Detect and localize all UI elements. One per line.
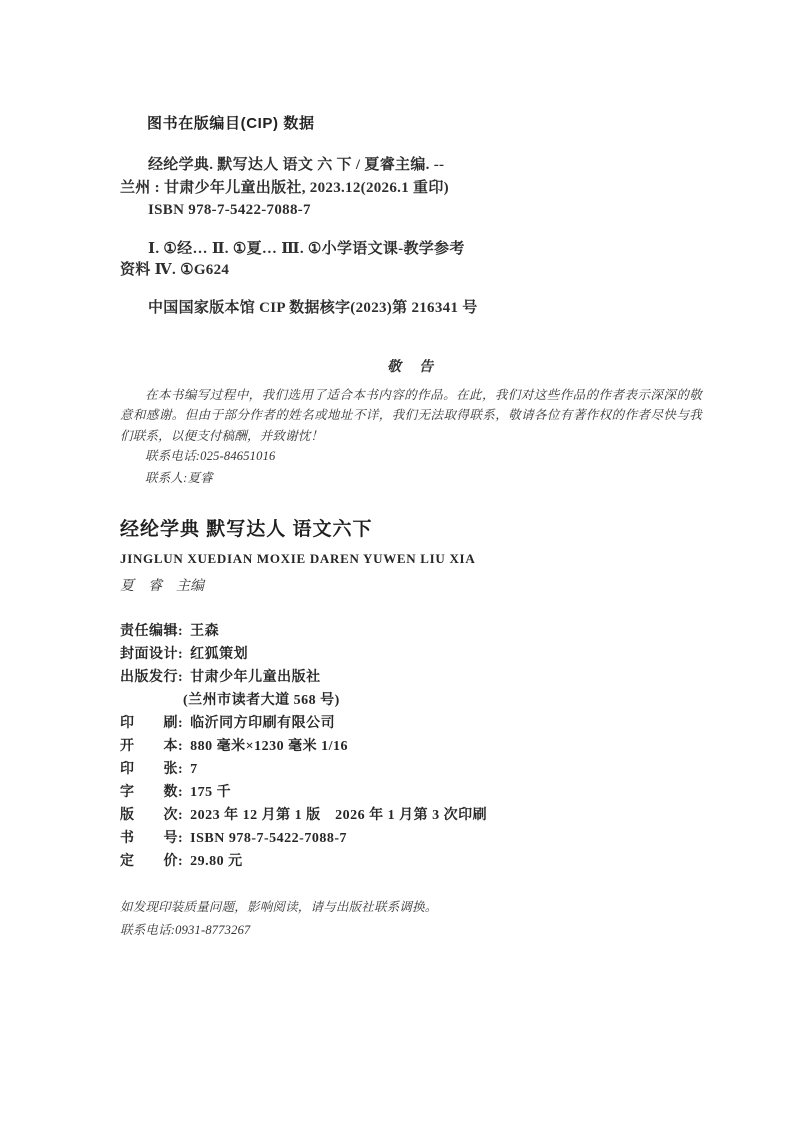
notice-section: 敬 告 在本书编写过程中，我们选用了适合本书内容的作品。在此，我们对这些作品的作…	[120, 356, 702, 489]
book-title-block: 经纶学典 默写达人 语文六下 JINGLUN XUEDIAN MOXIE DAR…	[120, 514, 475, 595]
colophon-label: 印 刷:	[120, 716, 183, 731]
cip-classification-line-2: 资料 Ⅳ. ①G624	[120, 260, 600, 281]
colophon-value: 红狐策划	[190, 647, 248, 662]
colophon-row-publisher: 出版发行:甘肃少年儿童出版社	[120, 666, 680, 689]
colophon-label: 责任编辑:	[120, 624, 183, 639]
cip-record-line-1: 经纶学典. 默写达人 语文 六 下 / 夏睿主编. --	[120, 154, 600, 177]
colophon-value: 王森	[190, 624, 219, 639]
colophon-row-word-count: 字 数:175 千	[120, 781, 680, 804]
cip-record-line-3: ISBN 978-7-5422-7088-7	[120, 199, 600, 222]
book-title: 经纶学典 默写达人 语文六下	[120, 514, 475, 541]
colophon-row-printer: 印 刷:临沂同方印刷有限公司	[120, 712, 680, 735]
colophon-label: 印 张:	[120, 762, 183, 777]
colophon: 责任编辑:王森 封面设计:红狐策划 出版发行:甘肃少年儿童出版社 (兰州市读者大…	[120, 620, 680, 873]
colophon-label: 开 本:	[120, 739, 183, 754]
colophon-value: 7	[190, 762, 198, 777]
colophon-row-editor: 责任编辑:王森	[120, 620, 680, 643]
colophon-label: 封面设计:	[120, 647, 183, 662]
quality-notice-phone: 联系电话:0931-8773267	[120, 919, 680, 942]
cip-record-line-2: 兰州 : 甘肃少年儿童出版社, 2023.12(2026.1 重印)	[120, 177, 600, 200]
quality-notice: 如发现印装质量问题，影响阅读，请与出版社联系调换。 联系电话:0931-8773…	[120, 896, 680, 941]
colophon-value: 临沂同方印刷有限公司	[190, 716, 335, 731]
colophon-value: (兰州市读者大道 568 号)	[183, 693, 340, 708]
colophon-label: 书 号:	[120, 831, 183, 846]
colophon-label: 版 次:	[120, 808, 183, 823]
cip-classification: Ⅰ. ①经… Ⅱ. ①夏… Ⅲ. ①小学语文课-教学参考 资料 Ⅳ. ①G624	[120, 239, 600, 281]
colophon-value: ISBN 978-7-5422-7088-7	[190, 831, 347, 846]
book-title-pinyin: JINGLUN XUEDIAN MOXIE DAREN YUWEN LIU XI…	[120, 551, 475, 567]
colophon-row-edition: 版 次:2023 年 12 月第 1 版 2026 年 1 月第 3 次印刷	[120, 804, 680, 827]
quality-notice-text: 如发现印装质量问题，影响阅读，请与出版社联系调换。	[120, 896, 680, 919]
copyright-page: 图书在版编目(CIP) 数据 经纶学典. 默写达人 语文 六 下 / 夏睿主编.…	[0, 0, 800, 1122]
cip-classification-line-1: Ⅰ. ①经… Ⅱ. ①夏… Ⅲ. ①小学语文课-教学参考	[120, 239, 600, 260]
colophon-label: 字 数:	[120, 785, 183, 800]
cip-heading: 图书在版编目(CIP) 数据	[147, 112, 315, 133]
notice-body: 在本书编写过程中，我们选用了适合本书内容的作品。在此，我们对这些作品的作者表示深…	[120, 385, 702, 446]
colophon-row-format: 开 本:880 毫米×1230 毫米 1/16	[120, 735, 680, 758]
colophon-row-publisher-address: (兰州市读者大道 568 号)	[120, 689, 680, 712]
colophon-value: 2023 年 12 月第 1 版 2026 年 1 月第 3 次印刷	[190, 808, 487, 823]
colophon-row-sheets: 印 张:7	[120, 758, 680, 781]
colophon-value: 175 千	[190, 785, 231, 800]
colophon-label: 定 价:	[120, 854, 183, 869]
colophon-value: 29.80 元	[190, 854, 243, 869]
colophon-value: 880 毫米×1230 毫米 1/16	[190, 739, 348, 754]
colophon-value: 甘肃少年儿童出版社	[190, 670, 321, 685]
colophon-row-price: 定 价:29.80 元	[120, 850, 680, 873]
colophon-row-cover-design: 封面设计:红狐策划	[120, 643, 680, 666]
notice-title: 敬 告	[120, 356, 702, 376]
cip-registry-number: 中国国家版本馆 CIP 数据核字(2023)第 216341 号	[120, 296, 640, 317]
cip-record: 经纶学典. 默写达人 语文 六 下 / 夏睿主编. -- 兰州 : 甘肃少年儿童…	[120, 154, 600, 222]
notice-contact: 联系人:夏睿	[120, 468, 702, 490]
book-editor: 夏 睿 主编	[120, 575, 475, 595]
colophon-label: 出版发行:	[120, 670, 183, 685]
notice-phone: 联系电话:025-84651016	[120, 446, 702, 468]
colophon-row-isbn: 书 号:ISBN 978-7-5422-7088-7	[120, 827, 680, 850]
